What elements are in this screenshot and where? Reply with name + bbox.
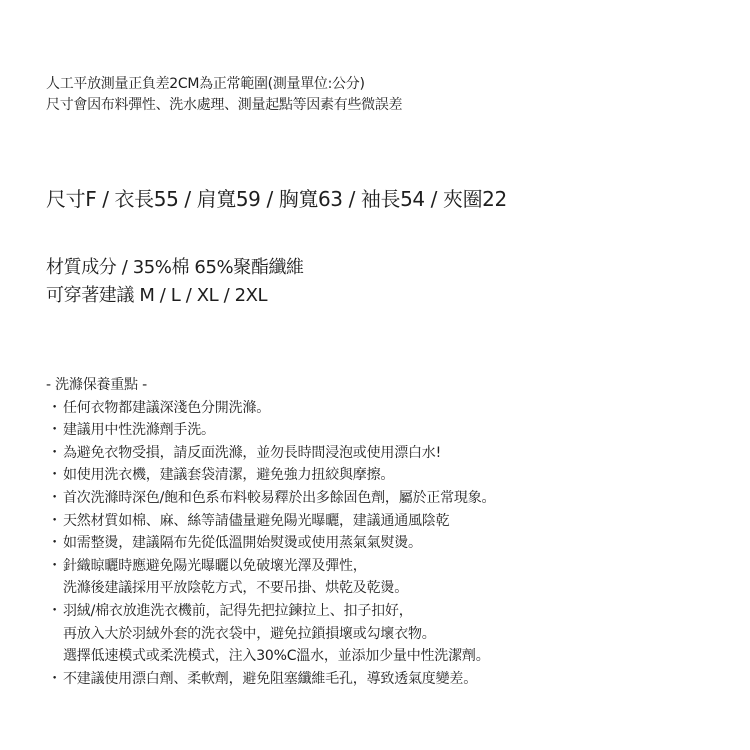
- care-heading: - 洗滌保養重點 -: [46, 374, 495, 397]
- care-item-text: 如需整燙，建議隔布先從低溫開始熨燙或使用蒸氣氣熨燙。: [63, 535, 422, 551]
- care-item-text: 任何衣物都建議深淺色分開洗滌。: [63, 400, 270, 416]
- bullet-icon: ・: [46, 510, 63, 533]
- care-item: ・天然材質如棉、麻、絲等請儘量避免陽光曝曬，建議通通風陰乾: [46, 510, 495, 533]
- care-item: ・建議用中性洗滌劑手洗。: [46, 419, 495, 442]
- disclaimer-line-1: 人工平放測量正負差2CM為正常範圍(測量單位:公分): [46, 74, 402, 95]
- care-item: ・羽絨/棉衣放進洗衣機前，記得先把拉鍊拉上、扣子扣好，: [46, 600, 495, 623]
- disclaimer-line-2: 尺寸會因布料彈性、洗水處理、測量起點等因素有些微誤差: [46, 95, 402, 116]
- care-item-text: 首次洗滌時深色/飽和色系布料較易釋於出多餘固色劑，屬於正常現象。: [63, 490, 495, 506]
- bullet-icon: ・: [46, 600, 63, 623]
- care-item: ・如需整燙，建議隔布先從低溫開始熨燙或使用蒸氣氣熨燙。: [46, 532, 495, 555]
- bullet-icon: ・: [46, 487, 63, 510]
- care-instructions: - 洗滌保養重點 - ・任何衣物都建議深淺色分開洗滌。 ・建議用中性洗滌劑手洗。…: [46, 374, 495, 690]
- care-item: ・不建議使用漂白劑、柔軟劑，避免阻塞纖維毛孔，導致透氣度變差。: [46, 668, 495, 691]
- size-spec: 尺寸F / 衣長55 / 肩寬59 / 胸寬63 / 袖長54 / 夾圈22: [46, 184, 507, 214]
- material-composition: 材質成分 / 35%棉 65%聚酯纖維: [46, 254, 304, 282]
- suggested-sizes: 可穿著建議 M / L / XL / 2XL: [46, 282, 304, 310]
- care-item-continuation: 洗滌後建議採用平放陰乾方式，不要吊掛、烘乾及乾燙。: [46, 577, 495, 600]
- care-item-continuation: 再放入大於羽絨外套的洗衣袋中，避免拉鎖損壞或勾壞衣物。: [46, 623, 495, 646]
- care-item-text: 天然材質如棉、麻、絲等請儘量避免陽光曝曬，建議通通風陰乾: [63, 513, 449, 529]
- bullet-icon: ・: [46, 419, 63, 442]
- care-item: ・任何衣物都建議深淺色分開洗滌。: [46, 397, 495, 420]
- care-item-text: 建議用中性洗滌劑手洗。: [63, 422, 215, 438]
- care-item-continuation: 選擇低速模式或柔洗模式，注入30%C溫水，並添加少量中性洗潔劑。: [46, 645, 495, 668]
- care-item: ・為避免衣物受損，請反面洗滌，並勿長時間浸泡或使用漂白水!: [46, 442, 495, 465]
- care-item-text: 針織晾曬時應避免陽光曝曬以免破壞光澤及彈性，: [63, 558, 367, 574]
- care-item-text: 為避免衣物受損，請反面洗滌，並勿長時間浸泡或使用漂白水!: [63, 445, 441, 461]
- measurement-disclaimer: 人工平放測量正負差2CM為正常範圍(測量單位:公分) 尺寸會因布料彈性、洗水處理…: [46, 74, 402, 116]
- bullet-icon: ・: [46, 397, 63, 420]
- size-spec-text: 尺寸F / 衣長55 / 肩寬59 / 胸寬63 / 袖長54 / 夾圈22: [46, 184, 507, 214]
- material-info: 材質成分 / 35%棉 65%聚酯纖維 可穿著建議 M / L / XL / 2…: [46, 254, 304, 310]
- care-item: ・首次洗滌時深色/飽和色系布料較易釋於出多餘固色劑，屬於正常現象。: [46, 487, 495, 510]
- bullet-icon: ・: [46, 464, 63, 487]
- bullet-icon: ・: [46, 668, 63, 691]
- care-item: ・針織晾曬時應避免陽光曝曬以免破壞光澤及彈性，: [46, 555, 495, 578]
- bullet-icon: ・: [46, 442, 63, 465]
- care-item-text: 羽絨/棉衣放進洗衣機前，記得先把拉鍊拉上、扣子扣好，: [63, 603, 413, 619]
- care-item-text: 不建議使用漂白劑、柔軟劑，避免阻塞纖維毛孔，導致透氣度變差。: [63, 671, 477, 687]
- bullet-icon: ・: [46, 555, 63, 578]
- care-item: ・如使用洗衣機，建議套袋清潔，避免強力扭絞與摩擦。: [46, 464, 495, 487]
- bullet-icon: ・: [46, 532, 63, 555]
- care-item-text: 如使用洗衣機，建議套袋清潔，避免強力扭絞與摩擦。: [63, 467, 394, 483]
